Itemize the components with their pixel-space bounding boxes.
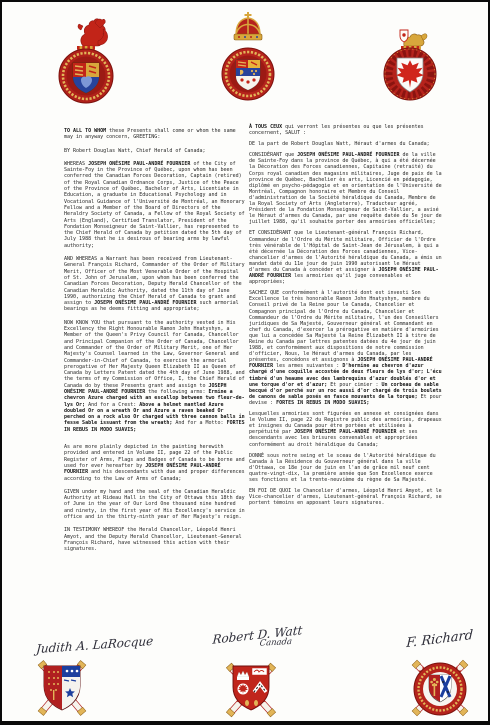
text-segment: WHEREAS: [64, 161, 88, 167]
letters-patent-page: TO ALL TO WHOM these Presents shall come…: [0, 0, 490, 725]
text-segment: de la ville de Sainte-Foy dans la provin…: [249, 152, 442, 225]
paragraph: DONNÉ sous notre seing et le sceau de l'…: [249, 453, 443, 483]
crowned-royal-arms-of-canada-roundel-icon: [221, 10, 275, 107]
french-text-column: À TOUS CEUX qui verront les présentes ou…: [249, 124, 443, 511]
paragraph: GIVEN under my hand and the seal of the …: [64, 489, 246, 520]
paragraph: SACHEZ QUE conformément à l'autorité don…: [249, 290, 443, 406]
paragraph: À TOUS CEUX qui verront les présentes ou…: [249, 124, 443, 136]
watt-arms-crossed-batons-icon: [216, 656, 286, 724]
text-segment: DONNÉ sous notre seing et le sceau de l'…: [249, 453, 436, 483]
paragraph: Lesquelles armoiries sont figurées en an…: [249, 411, 443, 448]
text-segment: NOW KNOW YOU that pursuant to the author…: [64, 320, 245, 389]
bold-text-segment: JOSEPH ONÉSIME PAUL-ANDRÉ FOURNIER: [88, 161, 190, 167]
text-segment: EN FOI DE QUOI le Chancelier d'armes, Lé…: [249, 488, 442, 506]
text-segment: SACHEZ QUE conformément à l'autorité don…: [249, 290, 439, 363]
text-segment: AND WHEREAS a Warrant has been received …: [64, 256, 245, 306]
paragraph: BY Robert Douglas Watt, Chief Herald of …: [64, 148, 246, 154]
paragraph: NOW KNOW YOU that pursuant to the author…: [64, 320, 246, 433]
paragraph: WHEREAS JOSEPH ONÉSIME PAUL-ANDRÉ FOURNI…: [64, 161, 246, 249]
text-segment: BY Robert Douglas Watt, Chief Herald of …: [64, 148, 205, 154]
paragraph: EN FOI DE QUOI le Chancelier d'armes, Lé…: [249, 488, 443, 506]
paragraph: AND WHEREAS a Warrant has been received …: [64, 256, 246, 313]
text-segment: the following arms:: [145, 389, 208, 395]
text-segment: Et pour cimier :: [327, 382, 381, 388]
bold-text-segment: TO ALL TO WHOM: [64, 128, 106, 134]
text-segment: and his descendants with due and proper …: [64, 469, 245, 481]
paragraph: CONSIDÉRANT que JOSEPH ONÉSIME PAUL-ANDR…: [249, 152, 443, 225]
richard-arms-roundel-batons-icon: [402, 652, 478, 722]
paragraph: As are more plainly depicted in the pain…: [64, 444, 246, 482]
text-segment: And for a Crest:: [85, 402, 139, 408]
text-segment: And for a Motto:: [172, 420, 226, 426]
signature-richard: F. Richard: [406, 628, 473, 651]
larocque-arms-crossed-batons-icon: [30, 652, 94, 724]
bold-text-segment: À TOUS CEUX: [249, 124, 282, 130]
paragraph: IN TESTIMONY WHEREOF the Herald Chancell…: [64, 527, 246, 552]
paragraph: DE la part de Robert Douglas Watt, Hérau…: [249, 141, 443, 147]
text-segment: DE la part de Robert Douglas Watt, Hérau…: [249, 141, 430, 147]
bold-text-segment: FORTES IN REBUS IN MODO SUAVIS;: [276, 400, 369, 406]
english-text-column: TO ALL TO WHOM these Presents shall come…: [64, 128, 246, 560]
red-lion-crest-royal-arms-roundel-icon: [57, 10, 115, 108]
signature-watt: Robert D. Watt Canada: [211, 623, 302, 655]
text-segment: IN TESTIMONY WHEREOF the Herald Chancell…: [64, 527, 242, 552]
paragraph: TO ALL TO WHOM these Presents shall come…: [64, 128, 246, 141]
maple-leaf-shield-wreath-badge-icon: [378, 14, 442, 108]
paragraph: ET CONSIDÉRANT que le Lieutenant-général…: [249, 230, 443, 285]
text-segment: of the City of Sainte-Foy in the Provinc…: [64, 161, 245, 249]
signature-richard-name: F. Richard: [406, 628, 473, 651]
bold-text-segment: JOSEPH ONÉSIME PAUL-ANDRÉ FOURNIER: [94, 300, 196, 306]
signature-watt-sub: Canada: [259, 636, 302, 648]
text-segment: GIVEN under my hand and the seal of the …: [64, 489, 245, 520]
